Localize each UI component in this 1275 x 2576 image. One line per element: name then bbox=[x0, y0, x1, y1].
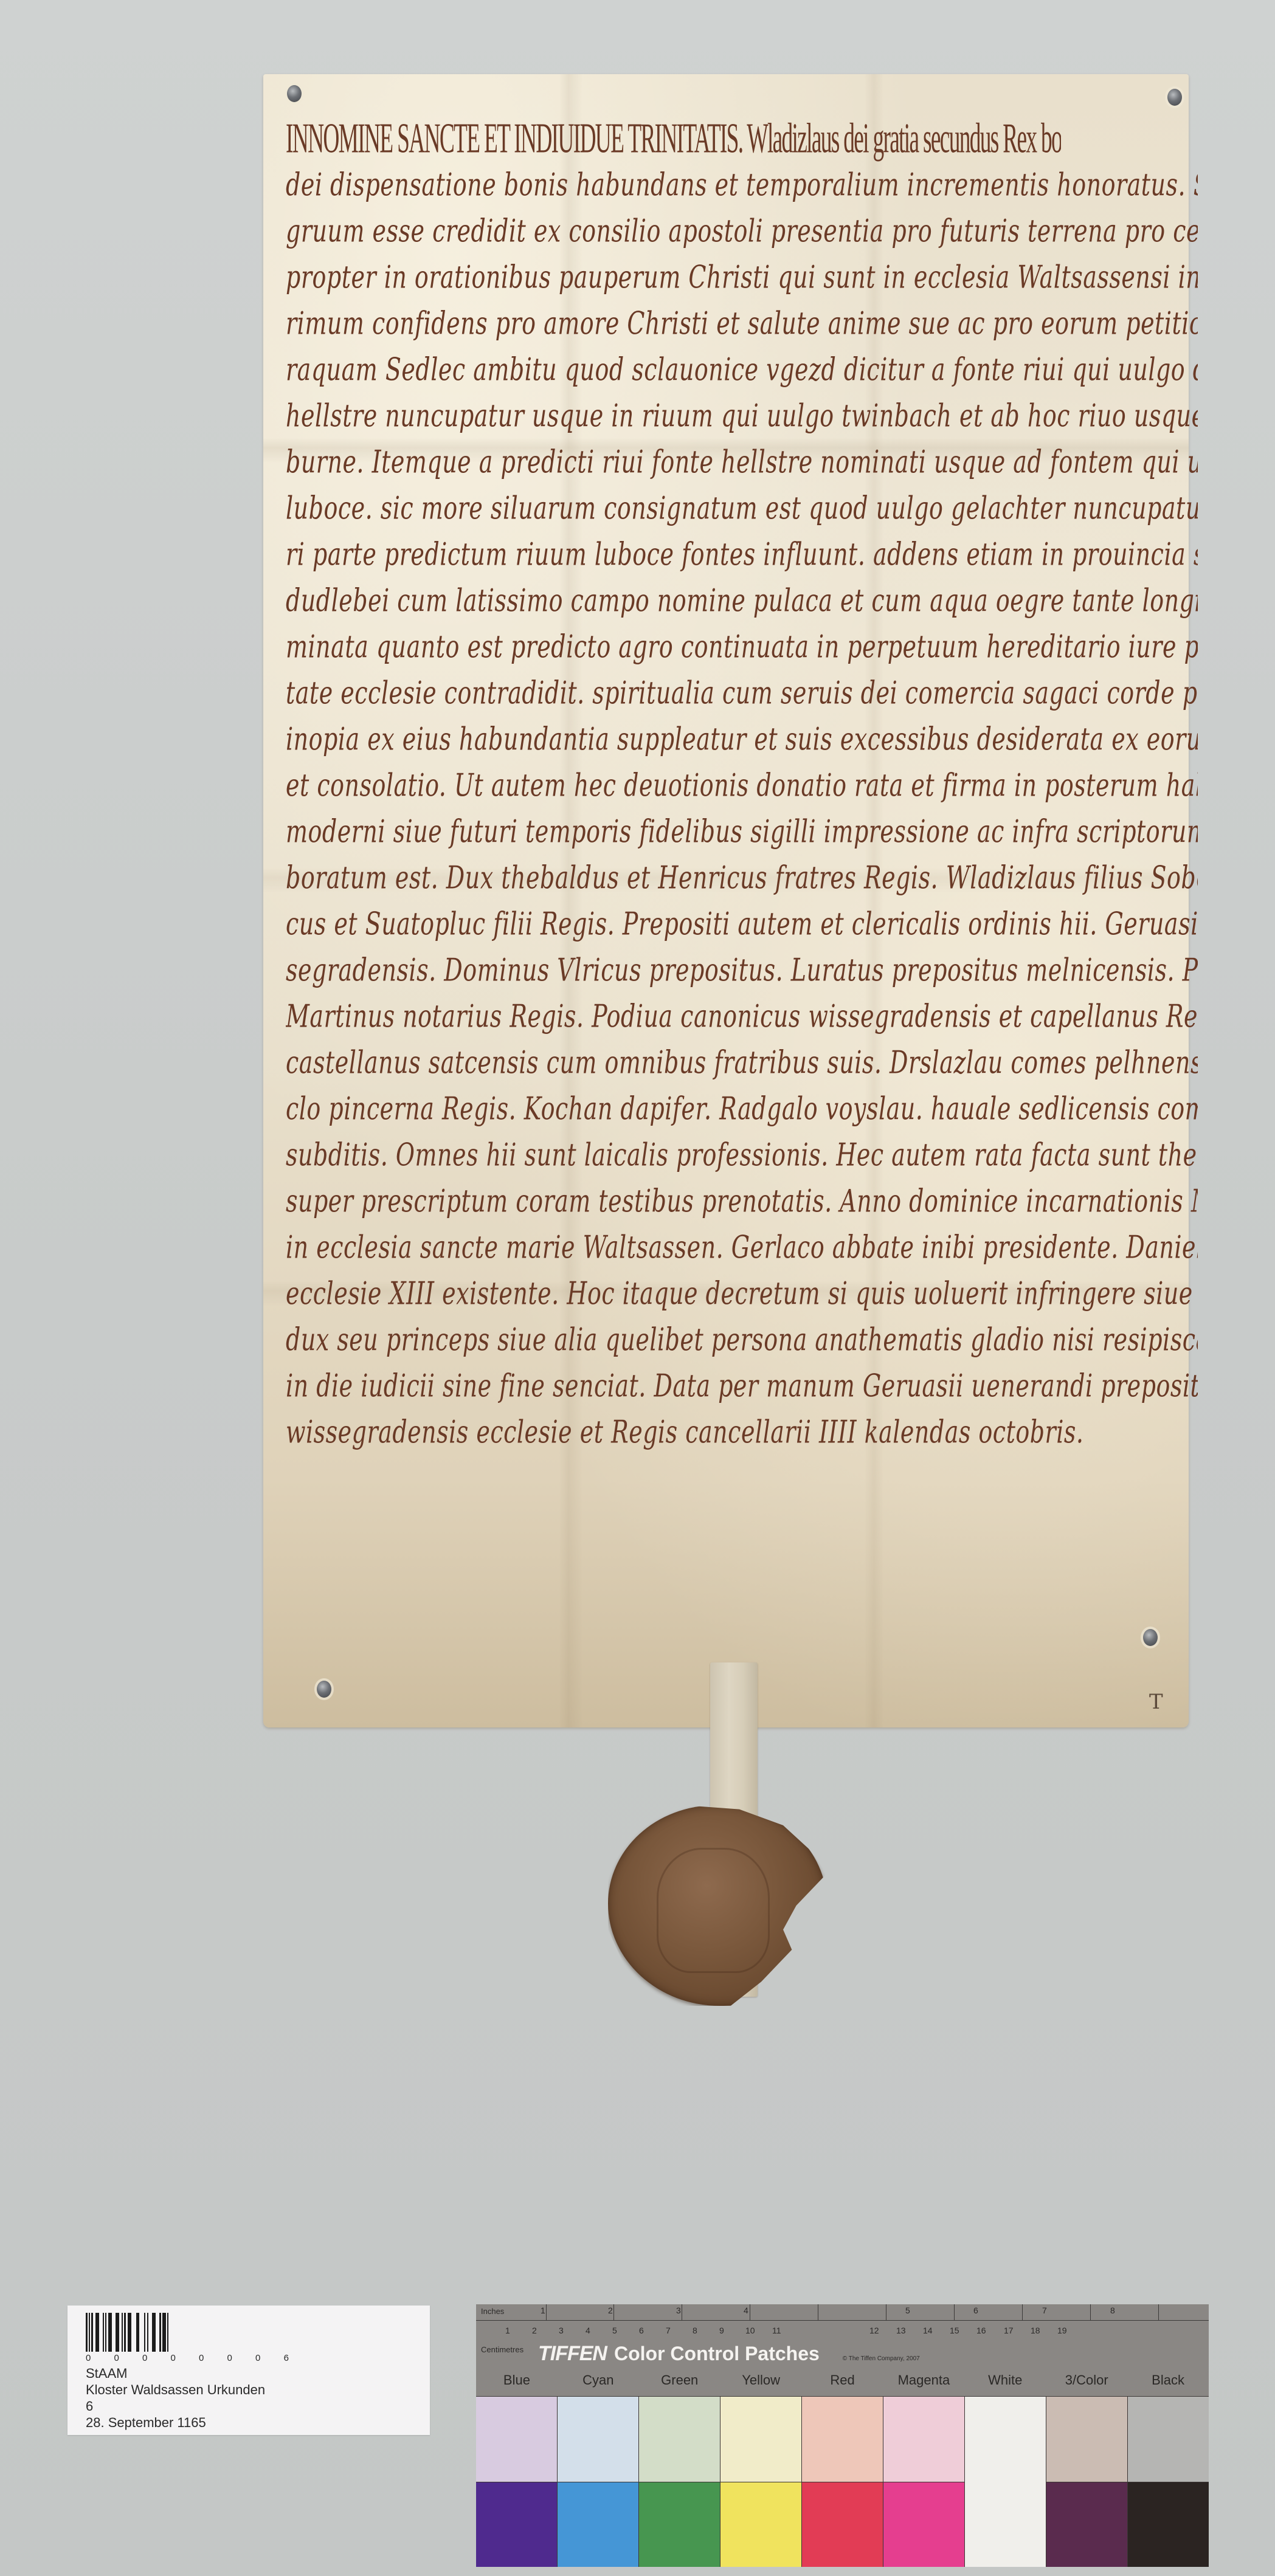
patch-label-white: White bbox=[964, 2372, 1046, 2388]
seal-figure-icon bbox=[657, 1848, 770, 1973]
inch-tick-label: 4 bbox=[744, 2306, 748, 2315]
patch-blue bbox=[476, 2397, 558, 2567]
cm-tick-label: 18 bbox=[1031, 2326, 1040, 2335]
inch-tick-label: 6 bbox=[973, 2306, 978, 2315]
cm-tick-label: 4 bbox=[586, 2326, 590, 2335]
patch-label-green: Green bbox=[639, 2372, 720, 2388]
inch-tick-label: 1 bbox=[541, 2306, 545, 2315]
patch-black bbox=[1128, 2397, 1209, 2567]
patch-label-magenta: Magenta bbox=[883, 2372, 964, 2388]
patch-label-cyan: Cyan bbox=[558, 2372, 639, 2388]
cm-tick-label: 6 bbox=[639, 2326, 644, 2335]
patch-label-black: Black bbox=[1127, 2372, 1209, 2388]
inch-tick-label: 5 bbox=[905, 2306, 910, 2315]
patch-labels: Blue Cyan Green Yellow Red Magenta White… bbox=[476, 2372, 1209, 2388]
patch-label-blue: Blue bbox=[476, 2372, 558, 2388]
cm-tick-label: 14 bbox=[923, 2326, 933, 2335]
mounting-rivet-bottom-left bbox=[317, 1681, 331, 1698]
chart-copyright: © The Tiffen Company, 2007 bbox=[843, 2355, 920, 2362]
text-line: wissegradensis ecclesie et Regis cancell… bbox=[286, 1401, 1198, 1464]
cm-tick-label: 3 bbox=[559, 2326, 564, 2335]
cm-tick-label: 9 bbox=[719, 2326, 724, 2335]
cm-tick-label: 11 bbox=[772, 2326, 781, 2335]
label-date: 28. September 1165 bbox=[86, 2414, 265, 2431]
cm-tick-label: 19 bbox=[1057, 2326, 1067, 2335]
cm-ruler-label: Centimetres bbox=[481, 2345, 523, 2354]
patch-cyan bbox=[558, 2397, 639, 2567]
cm-ruler: 1 2 3 4 5 6 7 8 9 10 11 12 13 14 15 16 1… bbox=[476, 2321, 1209, 2339]
cm-tick-label: 1 bbox=[505, 2326, 510, 2335]
color-patches bbox=[476, 2397, 1209, 2567]
barcode-icon bbox=[86, 2313, 168, 2352]
chart-header: Inches 1 2 3 4 5 6 7 8 1 2 3 4 5 6 bbox=[476, 2304, 1209, 2397]
patch-white bbox=[965, 2397, 1046, 2567]
cm-tick-label: 15 bbox=[950, 2326, 959, 2335]
cm-tick-label: 12 bbox=[869, 2326, 879, 2335]
patch-3color bbox=[1046, 2397, 1128, 2567]
chart-subtitle: Color Control Patches bbox=[614, 2343, 820, 2365]
cm-tick-label: 5 bbox=[612, 2326, 617, 2335]
mounting-rivet-top-left bbox=[287, 85, 302, 102]
inch-ruler-label: Inches bbox=[481, 2307, 504, 2316]
label-number: 6 bbox=[86, 2398, 265, 2414]
patch-label-3color: 3/Color bbox=[1046, 2372, 1127, 2388]
chart-title: TIFFEN Color Control Patches © The Tiffe… bbox=[538, 2342, 920, 2366]
cm-tick-label: 7 bbox=[666, 2326, 671, 2335]
charter-text: INNOMINE SANCTE ET INDIUIDUE TRINITATIS.… bbox=[286, 115, 1198, 1455]
inch-tick-label: 8 bbox=[1110, 2306, 1115, 2315]
archive-label: 0 0 0 0 0 0 0 6 StAAM Kloster Waldsassen… bbox=[67, 2306, 430, 2435]
color-control-chart: Inches 1 2 3 4 5 6 7 8 1 2 3 4 5 6 bbox=[476, 2304, 1209, 2567]
tiffen-logo: TIFFEN bbox=[538, 2342, 607, 2366]
cm-tick-label: 10 bbox=[745, 2326, 755, 2335]
cm-tick-label: 16 bbox=[976, 2326, 986, 2335]
label-collection: Kloster Waldsassen Urkunden bbox=[86, 2381, 265, 2398]
corner-mark: T bbox=[1149, 1690, 1163, 1714]
patch-label-red: Red bbox=[802, 2372, 883, 2388]
mounting-rivet-top-right bbox=[1167, 89, 1182, 106]
barcode-number: 0 0 0 0 0 0 0 6 bbox=[86, 2353, 299, 2363]
inch-tick-label: 2 bbox=[608, 2306, 613, 2315]
patch-magenta bbox=[883, 2397, 965, 2567]
cm-tick-label: 17 bbox=[1004, 2326, 1014, 2335]
label-archive: StAAM bbox=[86, 2365, 265, 2381]
inch-ruler: Inches 1 2 3 4 5 6 7 8 bbox=[476, 2304, 1209, 2321]
inch-tick-label: 3 bbox=[676, 2306, 681, 2315]
cm-tick-label: 8 bbox=[693, 2326, 697, 2335]
cm-tick-label: 2 bbox=[532, 2326, 537, 2335]
inch-tick-label: 7 bbox=[1042, 2306, 1047, 2315]
patch-red bbox=[802, 2397, 883, 2567]
mounting-rivet-bottom-right bbox=[1143, 1629, 1158, 1646]
patch-yellow bbox=[720, 2397, 802, 2567]
patch-label-yellow: Yellow bbox=[720, 2372, 802, 2388]
patch-green bbox=[639, 2397, 720, 2567]
cm-tick-label: 13 bbox=[896, 2326, 906, 2335]
